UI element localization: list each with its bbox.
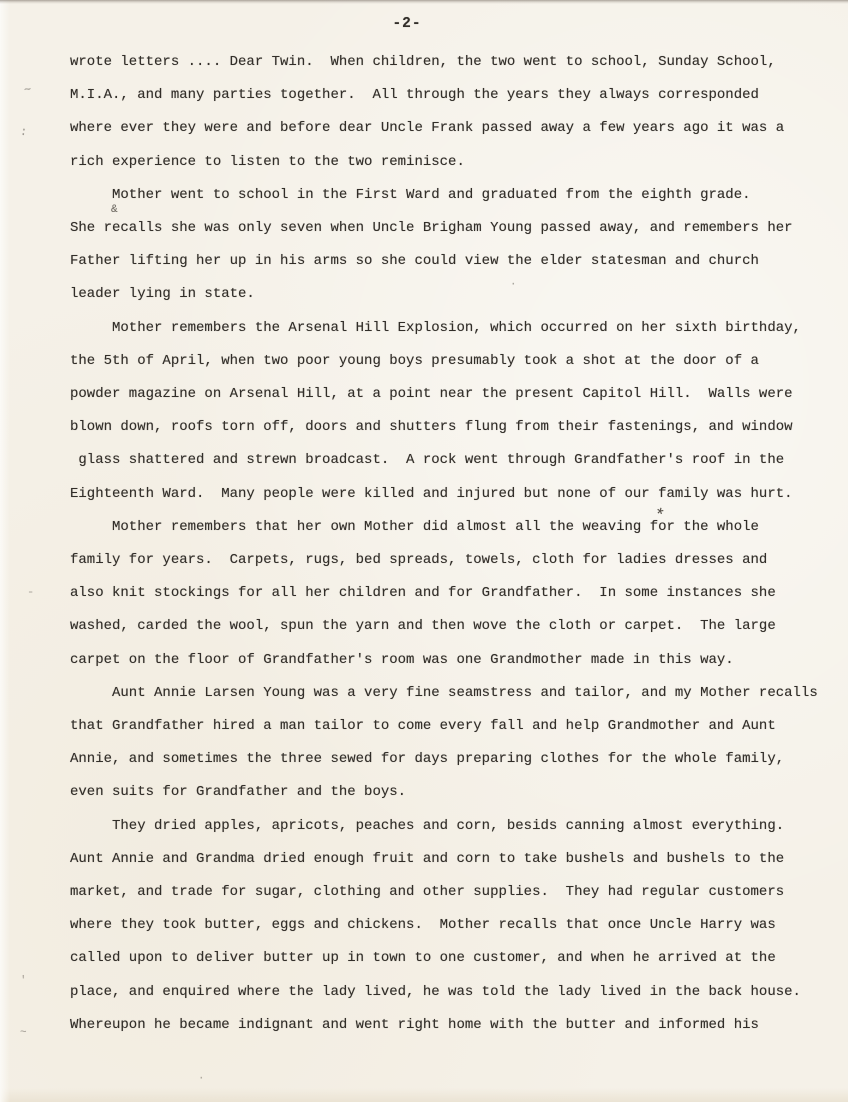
text-line: leader lying in state. bbox=[70, 278, 836, 311]
document-body: wrote letters .... Dear Twin. When child… bbox=[70, 46, 836, 1042]
text-line: Aunt Annie Larsen Young was a very fine … bbox=[70, 677, 836, 710]
stray-mark: : bbox=[19, 126, 28, 139]
text-line: market, and trade for sugar, clothing an… bbox=[70, 876, 836, 909]
text-line: blown down, roofs torn off, doors and sh… bbox=[70, 411, 836, 444]
paragraph: Mother went to school in the First Ward … bbox=[70, 179, 836, 312]
text-line: the 5th of April, when two poor young bo… bbox=[70, 345, 836, 378]
text-line: glass shattered and strewn broadcast. A … bbox=[70, 444, 836, 477]
text-line: carpet on the floor of Grandfather's roo… bbox=[70, 644, 836, 677]
text-line: powder magazine on Arsenal Hill, at a po… bbox=[70, 378, 836, 411]
paragraph: Mother remembers that her own Mother did… bbox=[70, 511, 836, 677]
text-line: called upon to deliver butter up in town… bbox=[70, 942, 836, 975]
paragraph: They dried apples, apricots, peaches and… bbox=[70, 810, 836, 1042]
text-line: even suits for Grandfather and the boys. bbox=[70, 776, 836, 809]
stray-mark: ~ bbox=[23, 84, 32, 97]
text-line: She recalls she was only seven when Uncl… bbox=[70, 212, 836, 245]
text-line: wrote letters .... Dear Twin. When child… bbox=[70, 46, 836, 79]
text-line: rich experience to listen to the two rem… bbox=[70, 146, 836, 179]
stray-dot: · bbox=[198, 1074, 205, 1085]
page-number: -2- bbox=[0, 16, 831, 32]
text-line: Mother remembers that her own Mother did… bbox=[70, 511, 836, 544]
text-line: Annie, and sometimes the three sewed for… bbox=[70, 743, 836, 776]
stray-mark: - bbox=[27, 586, 34, 598]
paragraph: Aunt Annie Larsen Young was a very fine … bbox=[70, 677, 836, 810]
text-line: where ever they were and before dear Unc… bbox=[70, 112, 836, 145]
stray-mark: ' bbox=[20, 976, 27, 987]
text-line: place, and enquired where the lady lived… bbox=[70, 976, 836, 1009]
stray-mark: ~ bbox=[20, 1028, 27, 1039]
text-line: They dried apples, apricots, peaches and… bbox=[70, 810, 836, 843]
document-page: -2- wrote letters .... Dear Twin. When c… bbox=[0, 0, 848, 1102]
text-line: Whereupon he became indignant and went r… bbox=[70, 1009, 836, 1042]
text-line: Mother went to school in the First Ward … bbox=[70, 179, 836, 212]
text-line: Eighteenth Ward. Many people were killed… bbox=[70, 478, 836, 511]
text-line: M.I.A., and many parties together. All t… bbox=[70, 79, 836, 112]
text-line: where they took butter, eggs and chicken… bbox=[70, 909, 836, 942]
text-line: washed, carded the wool, spun the yarn a… bbox=[70, 610, 836, 643]
text-line: that Grandfather hired a man tailor to c… bbox=[70, 710, 836, 743]
text-line: family for years. Carpets, rugs, bed spr… bbox=[70, 544, 836, 577]
paragraph: wrote letters .... Dear Twin. When child… bbox=[70, 46, 836, 179]
text-line: Aunt Annie and Grandma dried enough frui… bbox=[70, 843, 836, 876]
text-line: Mother remembers the Arsenal Hill Explos… bbox=[70, 312, 836, 345]
text-line: Father lifting her up in his arms so she… bbox=[70, 245, 836, 278]
paragraph: Mother remembers the Arsenal Hill Explos… bbox=[70, 312, 836, 511]
text-line: also knit stockings for all her children… bbox=[70, 577, 836, 610]
